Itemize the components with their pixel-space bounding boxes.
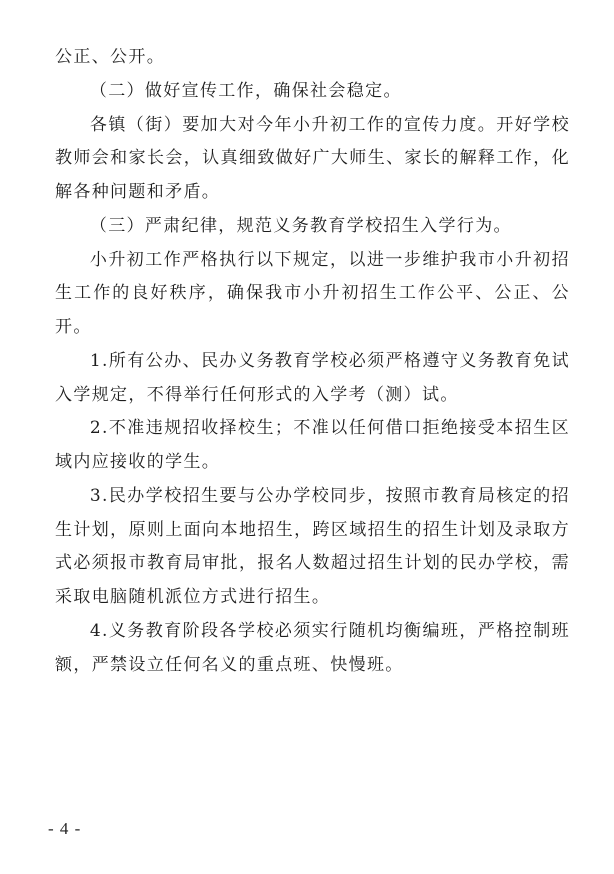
paragraph: 3.民办学校招生要与公办学校同步，按照市教育局核定的招生计划，原则上面向本地招生… <box>55 480 570 615</box>
document-page: 公正、公开。（二）做好宣传工作，确保社会稳定。各镇（街）要加大对今年小升初工作的… <box>0 0 614 874</box>
paragraph: 各镇（街）要加大对今年小升初工作的宣传力度。开好学校教师会和家长会，认真细致做好… <box>55 109 570 210</box>
paragraph: 1.所有公办、民办义务教育学校必须严格遵守义务教育免试入学规定，不得举行任何形式… <box>55 345 570 413</box>
paragraph: （二）做好宣传工作，确保社会稳定。 <box>55 75 570 109</box>
page-number: - 4 - <box>48 819 81 839</box>
paragraph: 小升初工作严格执行以下规定，以进一步维护我市小升初招生工作的良好秩序，确保我市小… <box>55 244 570 345</box>
paragraph: 公正、公开。 <box>55 41 570 75</box>
document-body: 公正、公开。（二）做好宣传工作，确保社会稳定。各镇（街）要加大对今年小升初工作的… <box>55 41 570 682</box>
paragraph: （三）严肃纪律，规范义务教育学校招生入学行为。 <box>55 210 570 244</box>
paragraph: 4.义务教育阶段各学校必须实行随机均衡编班，严格控制班额，严禁设立任何名义的重点… <box>55 615 570 683</box>
paragraph: 2.不准违规招收择校生；不准以任何借口拒绝接受本招生区域内应接收的学生。 <box>55 412 570 480</box>
